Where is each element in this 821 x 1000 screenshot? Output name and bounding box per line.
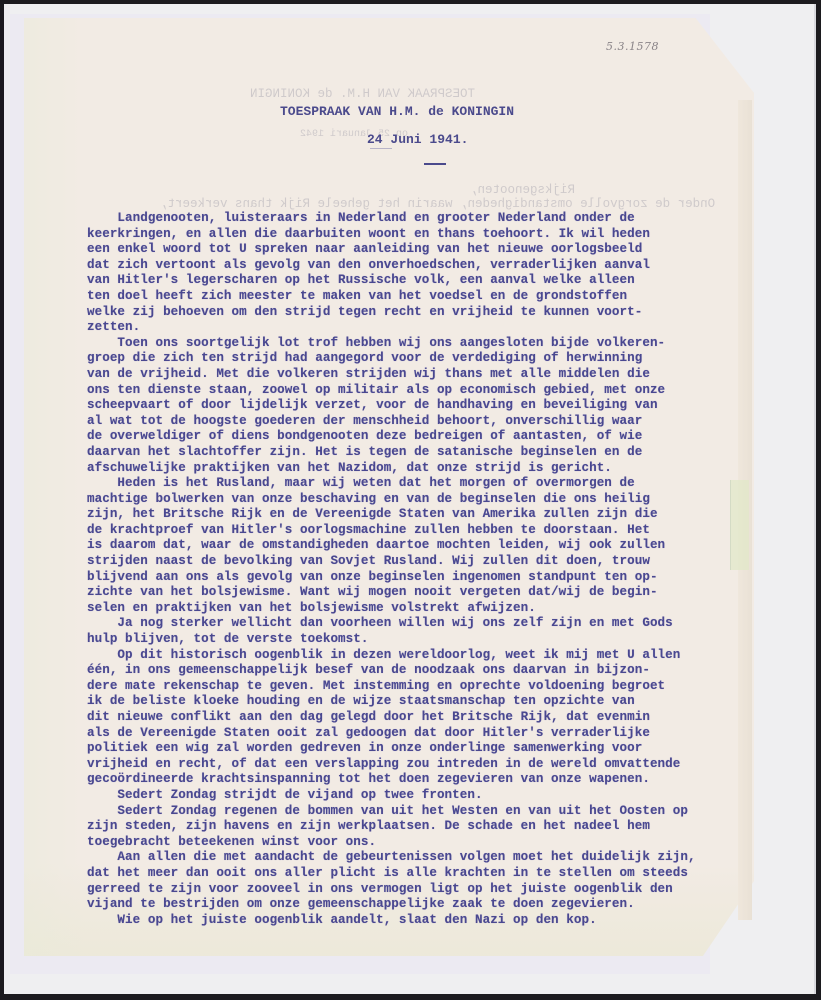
speech-body: Landgenooten, luisteraars in Nederland e… <box>87 211 787 928</box>
text-line: keerkringen, en allen die daarbuiten woo… <box>87 227 787 243</box>
text-line: Op dit historisch oogenblik in dezen wer… <box>87 648 787 664</box>
text-line: zichte van het bolsjewisme. Want wij mog… <box>87 585 787 601</box>
text-line: hulp blijven, tot de verste toekomst. <box>87 632 787 648</box>
text-line: van de vrijheid. Met die volkeren strijd… <box>87 367 787 383</box>
text-line: ons ten dienste staan, zoowel op militai… <box>87 383 787 399</box>
text-line: dere mate rekenschap te geven. Met inste… <box>87 679 787 695</box>
text-line: Wie op het juiste oogenblik aandelt, sla… <box>87 913 787 929</box>
text-line: zijn steden, zijn havens en zijn werkpla… <box>87 819 787 835</box>
text-line: selen en praktijken van het bolsjewisme … <box>87 601 787 617</box>
text-line: vijand te bestrijden om onze gemeenschap… <box>87 897 787 913</box>
ghost-salutation: Rijksgenooten, <box>470 183 575 197</box>
text-line: strijden naast de bevolking van Sovjet R… <box>87 554 787 570</box>
text-line: Aan allen die met aandacht de gebeurteni… <box>87 850 787 866</box>
text-line: één, in ons gemeenschappelijk besef van … <box>87 663 787 679</box>
text-line: Heden is het Rusland, maar wij weten dat… <box>87 476 787 492</box>
text-line: is daarom dat, waar de omstandigheden da… <box>87 538 787 554</box>
text-line: dit nieuwe conflikt aan den dag gelegd d… <box>87 710 787 726</box>
text-line: van Hitler's legerscharen op het Russisc… <box>87 273 787 289</box>
text-line: al wat tot de hoogste goederen der mensc… <box>87 414 787 430</box>
archive-number: 5.3.1578 <box>606 40 659 53</box>
text-line: ten doel heeft zich meester te maken van… <box>87 289 787 305</box>
text-line: als de Vereenigde Staten ooit zal gedoog… <box>87 726 787 742</box>
ghost-title: TOESPRAAK VAN H.M. de KONINGIN <box>250 87 475 101</box>
text-line: vrijheid en recht, of dat een verslappin… <box>87 757 787 773</box>
text-line: ik de beliste kloeke houding en de wijze… <box>87 694 787 710</box>
text-line: de krachtproef van Hitler's oorlogsmachi… <box>87 523 787 539</box>
ghost-opening: Onder de zorgvolle omstandigheden, waari… <box>160 197 715 211</box>
text-line: zetten. <box>87 320 787 336</box>
text-line: blijvend aan ons als gevolg van onze beg… <box>87 570 787 586</box>
text-line: de overweldiger of diens bondgenooten de… <box>87 429 787 445</box>
text-line: dat het meer dan ooit ons aller plicht i… <box>87 866 787 882</box>
text-line: Landgenooten, luisteraars in Nederland e… <box>87 211 787 227</box>
faint-underline <box>370 148 392 149</box>
text-line: gecoördineerde krachtsinspanning tot het… <box>87 772 787 788</box>
text-line: welke zij behoeven om den strijd tegen r… <box>87 305 787 321</box>
text-line: daarvan het slachtoffer zijn. Het is teg… <box>87 445 787 461</box>
text-line: politiek een wig zal worden gedreven in … <box>87 741 787 757</box>
document-date: 24 Juni 1941. <box>367 132 468 147</box>
document-title: TOESPRAAK VAN H.M. de KONINGIN <box>280 104 514 119</box>
text-line: afschuwelijke praktijken van het Nazidom… <box>87 461 787 477</box>
text-line: Toen ons soortgelijk lot trof hebben wij… <box>87 336 787 352</box>
text-line: gerreed te zijn voor zooveel in ons verm… <box>87 882 787 898</box>
text-line: machtige bolwerken van onze beschaving e… <box>87 492 787 508</box>
text-line: dat zich vertoont als gevolg van den onv… <box>87 258 787 274</box>
text-line: Sedert Zondag strijdt de vijand op twee … <box>87 788 787 804</box>
text-line: groep die zich ten strijd had aangegord … <box>87 351 787 367</box>
text-line: een enkel woord tot U spreken naar aanle… <box>87 242 787 258</box>
title-separator <box>424 163 446 165</box>
text-line: zijn, het Britsche Rijk en de Vereenigde… <box>87 507 787 523</box>
text-line: Ja nog sterker wellicht dan voorheen wil… <box>87 616 787 632</box>
text-line: toegebracht beteekenen winst voor ons. <box>87 835 787 851</box>
text-line: Sedert Zondag regenen de bommen van uit … <box>87 804 787 820</box>
text-line: scheepvaart of door lijdelijk verzet, vo… <box>87 398 787 414</box>
